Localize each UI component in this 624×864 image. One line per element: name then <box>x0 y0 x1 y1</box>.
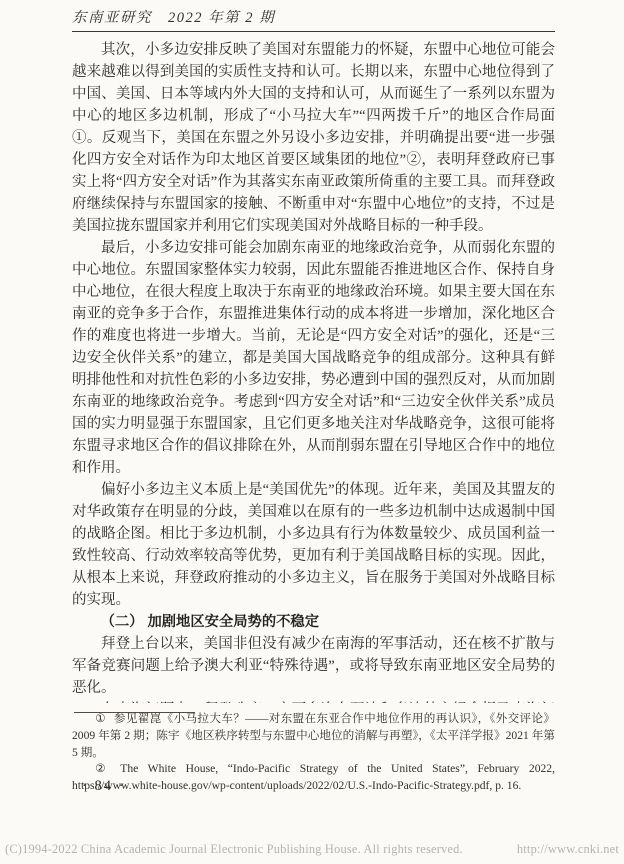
body-paragraph: 其次，小多边安排反映了美国对东盟能力的怀疑，东盟中心地位可能会越来越难以得到美国… <box>72 39 555 237</box>
journal-page: 东南亚研究 2022 年第 2 期 其次，小多边安排反映了美国对东盟能力的怀疑，… <box>0 0 624 864</box>
footnote-marker: ② <box>95 762 112 775</box>
footnote-text: The White House, “Indo-Pacific Strategy … <box>72 762 555 792</box>
cnki-watermark: (C)1994-2022 China Academic Journal Elec… <box>5 842 619 857</box>
body-paragraph: 最后，小多边安排可能会加剧东南亚的地缘政治竞争，从而弱化东盟的中心地位。东盟国家… <box>72 237 555 479</box>
article-body: 其次，小多边安排反映了美国对东盟能力的怀疑，东盟中心地位可能会越来越难以得到美国… <box>72 39 555 703</box>
page-number: · 84 · <box>82 778 125 795</box>
body-paragraph: 偏好小多边主义本质上是“美国优先”的体现。近年来，美国及其盟友的对华政策存在明显… <box>72 479 555 611</box>
section-heading: （二） 加剧地区安全局势的不稳定 <box>72 611 555 633</box>
footnote-item: ①参见翟崑《小马拉大车？——对东盟在东亚合作中地位作用的再认识》，《外交评论》2… <box>72 711 555 761</box>
header-rule <box>72 31 555 32</box>
footnote-text: 参见翟崑《小马拉大车？——对东盟在东亚合作中地位作用的再认识》，《外交评论》20… <box>72 712 555 759</box>
body-paragraph: 在南海问题上，拜登政府一方面多次在双边和多边外交场合提及南海问题，另一方面，在南… <box>72 699 555 703</box>
journal-running-head: 东南亚研究 2022 年第 2 期 <box>72 6 555 27</box>
watermark-url: http://www.cnki.net <box>517 842 619 857</box>
page-header: 东南亚研究 2022 年第 2 期 <box>72 6 555 40</box>
footnote-item: ②The White House, “Indo-Pacific Strategy… <box>72 761 555 795</box>
body-paragraph: 拜登上台以来，美国非但没有减少在南海的军事活动，还在核不扩散与军备竞赛问题上给予… <box>72 633 555 699</box>
footnotes: ①参见翟崑《小马拉大车？——对东盟在东亚合作中地位作用的再认识》，《外交评论》2… <box>72 711 555 795</box>
watermark-copyright: (C)1994-2022 China Academic Journal Elec… <box>5 842 463 857</box>
footnote-marker: ① <box>95 712 106 725</box>
